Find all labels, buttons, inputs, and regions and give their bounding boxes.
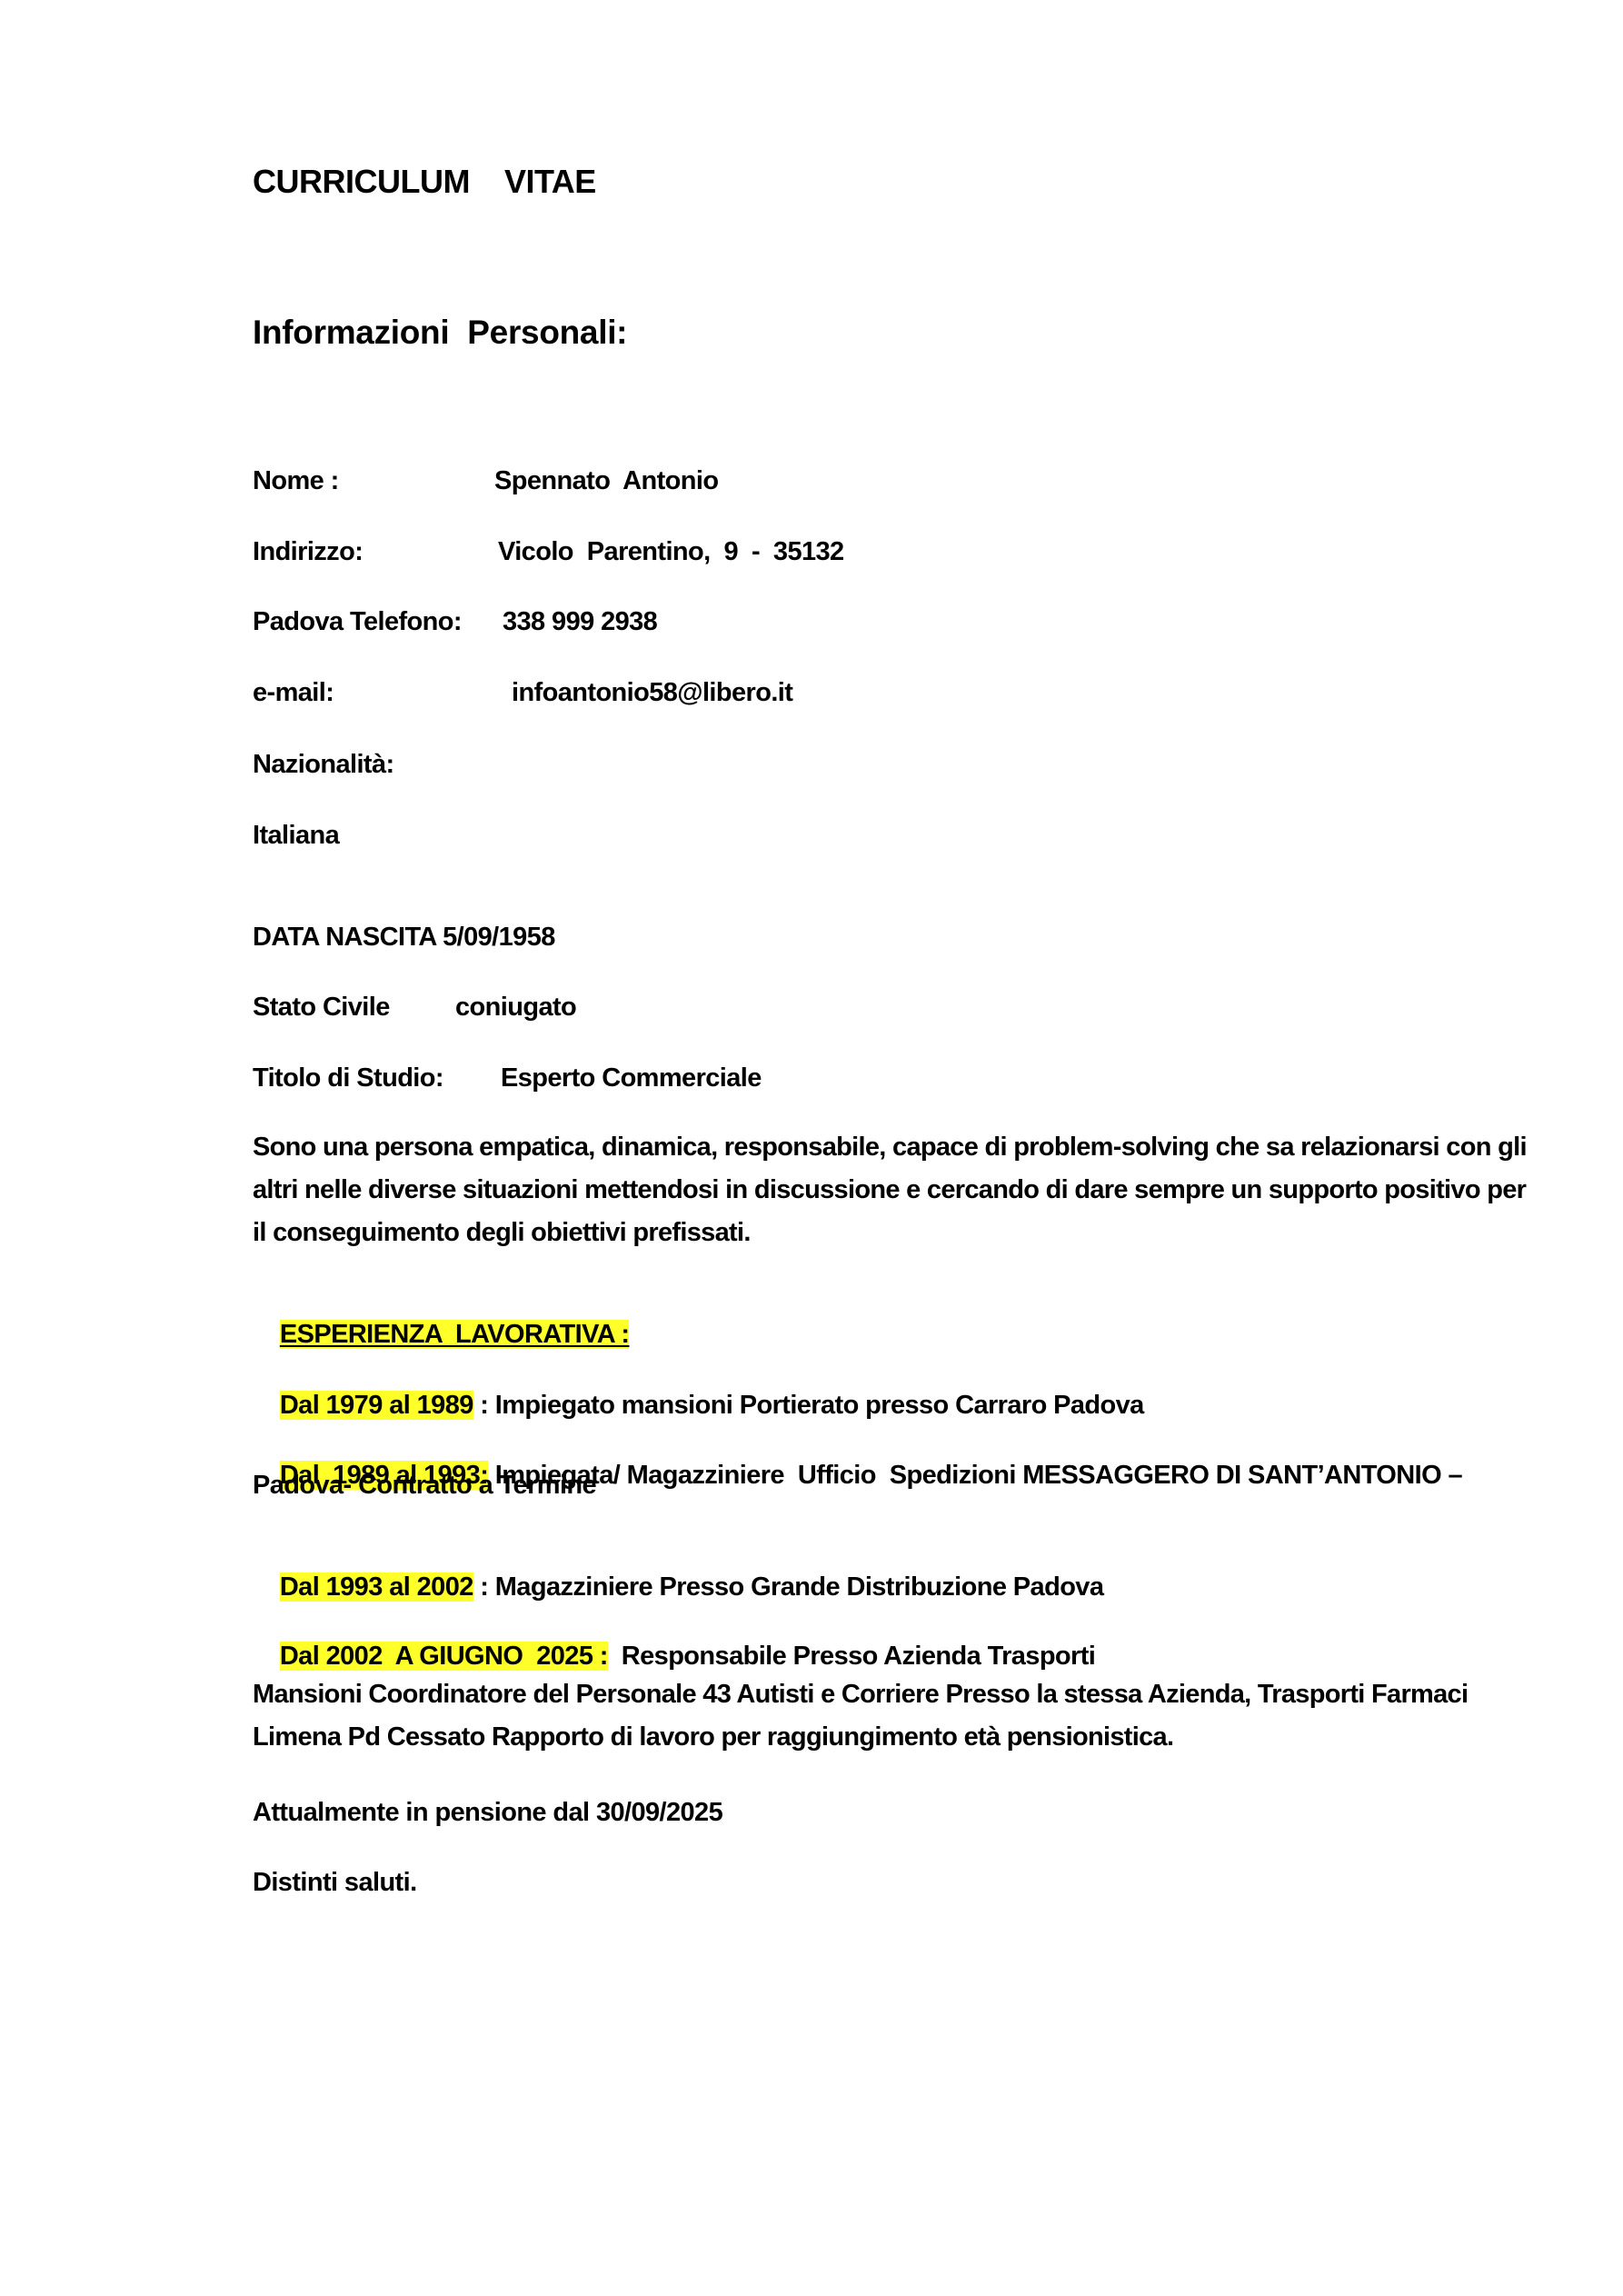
- closing-salutation: Distinti saluti.: [253, 1866, 417, 1899]
- experience-period: Dal 1993 al 2002: [280, 1572, 473, 1602]
- value-name: Spennato Antonio: [494, 464, 718, 497]
- label-phone: Padova Telefono:: [253, 605, 462, 638]
- experience-description: Impiegato mansioni Portierato presso Car…: [495, 1391, 1144, 1420]
- value-nationality: Italiana: [253, 819, 339, 852]
- value-email: infoantonio58@libero.it: [512, 676, 792, 709]
- experience-period: Dal 2002 A GIUGNO 2025 :: [280, 1642, 608, 1671]
- value-civil-status: coniugato: [455, 991, 576, 1023]
- label-civil-status: Stato Civile: [253, 991, 390, 1023]
- profile-paragraph: Sono una persona empatica, dinamica, res…: [253, 1126, 1543, 1254]
- label-address: Indirizzo:: [253, 535, 363, 568]
- retirement-note: Attualmente in pensione dal 30/09/2025: [253, 1796, 722, 1829]
- label-nationality: Nazionalità:: [253, 748, 394, 781]
- section-heading-personal: Informazioni Personali:: [253, 316, 627, 349]
- label-name: Nome :: [253, 464, 339, 497]
- value-education: Esperto Commerciale: [501, 1062, 762, 1094]
- experience-description: Impiegata/ Magazziniere Ufficio Spedizio…: [495, 1461, 1462, 1490]
- value-phone: 338 999 2938: [503, 605, 657, 638]
- label-email: e-mail:: [253, 676, 334, 709]
- experience-description-continued: Padova- Contratto a Termine: [253, 1469, 596, 1502]
- experience-heading-text: ESPERIENZA LAVORATIVA :: [280, 1320, 630, 1349]
- document-title: CURRICULUM VITAE: [253, 165, 596, 198]
- experience-period: Dal 1979 al 1989: [280, 1391, 473, 1420]
- value-address: Vicolo Parentino, 9 - 35132: [498, 535, 844, 568]
- experience-description: Magazziniere Presso Grande Distribuzione…: [495, 1572, 1104, 1602]
- experience-description: Responsabile Presso Azienda Trasporti: [622, 1642, 1095, 1671]
- duties-paragraph: Mansioni Coordinatore del Personale 43 A…: [253, 1673, 1543, 1759]
- label-education: Titolo di Studio:: [253, 1062, 443, 1094]
- birth-date: DATA NASCITA 5/09/1958: [253, 921, 555, 953]
